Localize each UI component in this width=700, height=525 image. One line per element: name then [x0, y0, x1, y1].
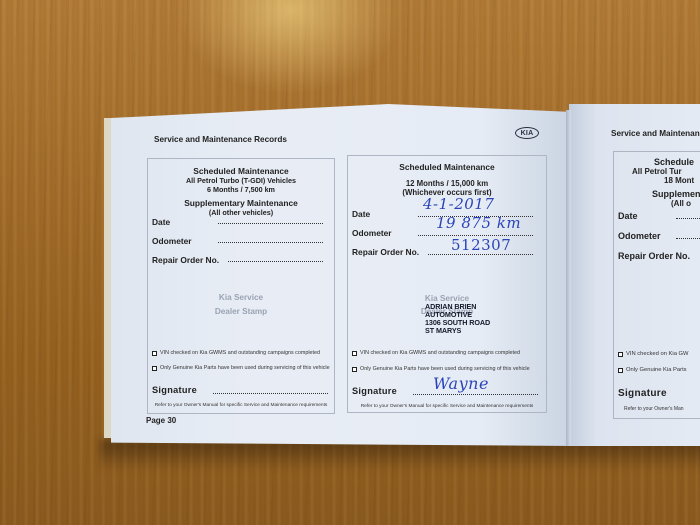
card-supp-sub: (All o	[614, 199, 700, 208]
checkbox-icon[interactable]	[352, 367, 357, 372]
signature-field[interactable]	[413, 394, 538, 395]
page-header: Service and Maintenance Records	[154, 135, 287, 144]
vin-check-label: VIN checked on Kia GW	[626, 351, 689, 357]
card-title: Scheduled Maintenance	[148, 166, 334, 176]
card-title: Scheduled Maintenance	[348, 162, 546, 172]
signature-value: Wayne	[433, 374, 489, 393]
odometer-field[interactable]	[676, 238, 700, 239]
date-label: Date	[618, 211, 638, 221]
card-vehicle-line: All Petrol Tur	[614, 167, 700, 176]
checkbox-icon[interactable]	[352, 351, 357, 356]
checkbox-icon[interactable]	[152, 366, 157, 371]
card-interval-line: 18 Mont	[614, 176, 700, 185]
card-vehicle-line: All Petrol Turbo (T-GDI) Vehicles	[148, 176, 334, 185]
repair-order-value: 512307	[451, 236, 511, 254]
card-title: Schedule	[614, 157, 700, 167]
right-page-header: Service and Maintenan	[611, 129, 700, 138]
service-card-6-month: Scheduled Maintenance All Petrol Turbo (…	[147, 158, 335, 414]
owners-manual-note: Refer to your Owner's Man	[624, 406, 700, 412]
repair-order-label: Repair Order No.	[152, 255, 219, 265]
service-card-12-month: Scheduled Maintenance 12 Months / 15,000…	[347, 155, 547, 413]
date-field[interactable]	[218, 223, 323, 224]
odometer-label: Odometer	[152, 236, 192, 246]
card-interval-line: 12 Months / 15,000 km	[348, 179, 546, 188]
page-number: Page 30	[146, 416, 176, 425]
repair-order-label: Repair Order No.	[618, 251, 690, 261]
vin-check-label: VIN checked on Kia GWMS and outstanding …	[360, 350, 520, 356]
checkbox-icon[interactable]	[618, 352, 623, 357]
genuine-parts-label: Only Genuine Kia Parts	[626, 367, 687, 373]
signature-label: Signature	[352, 386, 397, 396]
vin-check-label: VIN checked on Kia GWMS and outstanding …	[160, 350, 320, 356]
booklet-spine	[566, 110, 571, 446]
signature-label: Signature	[152, 385, 197, 395]
signature-label: Signature	[618, 388, 667, 399]
odometer-label: Odometer	[618, 231, 661, 241]
repair-order-field[interactable]	[228, 261, 323, 262]
date-label: Date	[152, 217, 170, 227]
owners-manual-note: Refer to your Owner's Manual for specifi…	[348, 404, 546, 409]
right-service-card: Schedule All Petrol Tur 18 Mont Suppleme…	[613, 151, 700, 419]
card-supp-title: Supplemen	[614, 189, 700, 199]
owners-manual-note: Refer to your Owner's Manual for specifi…	[148, 403, 334, 408]
dealer-stamp-line: ST MARYS	[425, 327, 461, 335]
stamp-label-2: Dealer Stamp	[148, 305, 334, 318]
genuine-parts-checkbox-row[interactable]: Only Genuine Kia Parts have been used du…	[352, 366, 530, 372]
genuine-parts-label: Only Genuine Kia Parts have been used du…	[360, 366, 530, 372]
checkbox-icon[interactable]	[152, 351, 157, 356]
odometer-label: Odometer	[352, 228, 392, 238]
checkbox-icon[interactable]	[618, 368, 623, 373]
stamp-label-1: Kia Service	[148, 291, 334, 304]
genuine-parts-checkbox-row[interactable]: Only Genuine Kia Parts	[618, 367, 687, 373]
genuine-parts-label: Only Genuine Kia Parts have been used du…	[160, 365, 330, 371]
date-field[interactable]	[676, 218, 700, 219]
vin-checkbox-row[interactable]: VIN checked on Kia GW	[618, 351, 689, 357]
odometer-field[interactable]	[218, 242, 323, 243]
odometer-value: 19 875 km	[436, 214, 521, 232]
signature-field[interactable]	[213, 393, 328, 394]
date-value: 4-1-2017	[423, 195, 494, 213]
repair-order-label: Repair Order No.	[352, 247, 419, 257]
card-supp-title: Supplementary Maintenance	[148, 198, 334, 208]
repair-order-field[interactable]	[428, 254, 533, 255]
vin-checkbox-row[interactable]: VIN checked on Kia GWMS and outstanding …	[352, 350, 520, 356]
date-label: Date	[352, 209, 370, 219]
genuine-parts-checkbox-row[interactable]: Only Genuine Kia Parts have been used du…	[152, 365, 330, 371]
card-interval-line: 6 Months / 7,500 km	[148, 185, 334, 194]
card-supp-sub: (All other vehicles)	[148, 208, 334, 217]
kia-logo-icon: KIA	[515, 127, 539, 139]
vin-checkbox-row[interactable]: VIN checked on Kia GWMS and outstanding …	[152, 350, 320, 356]
